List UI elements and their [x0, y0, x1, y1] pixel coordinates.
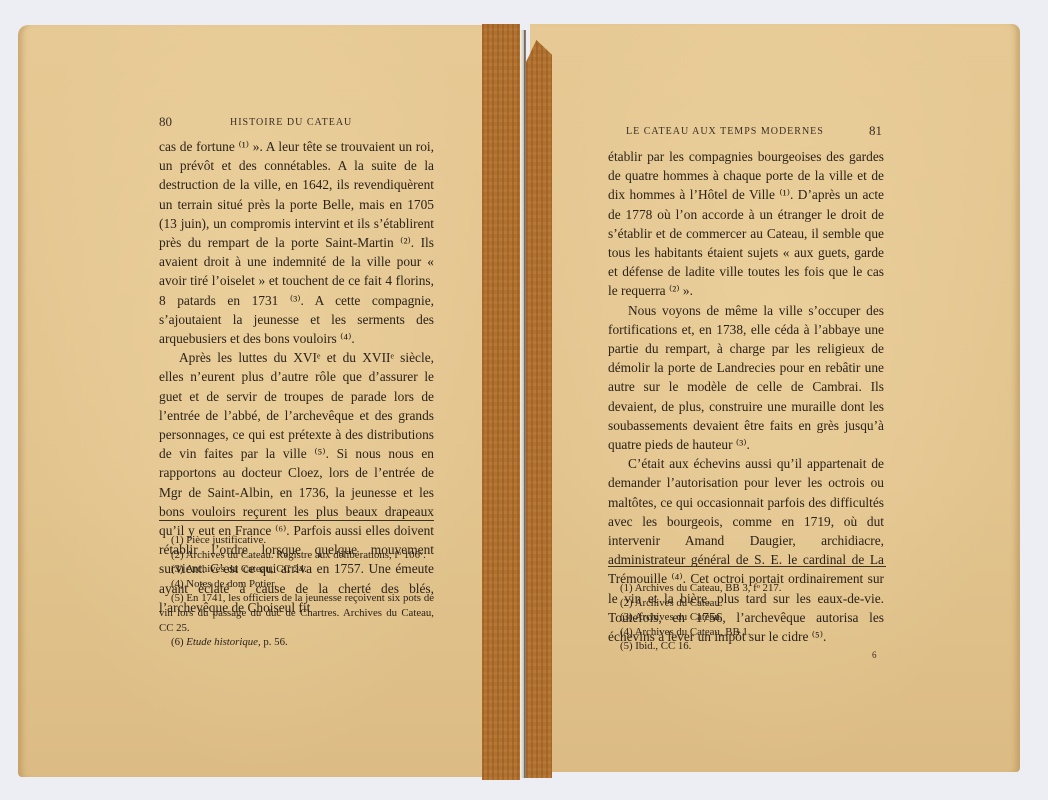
right-paragraph-1: établir par les compagnies bourgeoises d…	[608, 147, 884, 301]
running-head-right: LE CATEAU AUX TEMPS MODERNES	[626, 126, 824, 137]
right-body-text: établir par les compagnies bourgeoises d…	[608, 147, 884, 646]
footnote-item: (1) Archives du Cateau, BB 3, fᵒ 217.	[608, 581, 886, 596]
signature-mark: 6	[872, 650, 877, 660]
right-footnotes: (1) Archives du Cateau, BB 3, fᵒ 217. (2…	[608, 581, 886, 654]
left-footnotes: (1) Pièce justificative. (2) Archives du…	[159, 533, 434, 650]
footnote-item: (3) Archives du Cateau.	[608, 610, 886, 625]
right-paragraph-2: Nous voyons de même la ville s’occuper d…	[608, 301, 884, 455]
footnote-item: (4) Notes de dom Potier.	[159, 577, 434, 592]
left-paragraph-1: cas de fortune ⁽¹⁾ ». A leur tête se tro…	[159, 137, 434, 348]
binding-tape-left	[482, 24, 520, 780]
footnote-item: (3) Archives du Cateau, CC 24.	[159, 562, 434, 577]
footnote-item: (5) Ibid., CC 16.	[608, 639, 886, 654]
page-number-left: 80	[159, 114, 172, 130]
footnote-item: (6) Etude historique, p. 56.	[159, 635, 434, 650]
footnote-separator-left	[159, 520, 434, 521]
footnote-item: (1) Pièce justificative.	[159, 533, 434, 548]
right-page: LE CATEAU AUX TEMPS MODERNES 81 établir …	[530, 24, 1020, 772]
footnote-separator-right	[608, 566, 886, 567]
left-page: 80 HISTOIRE DU CATEAU cas de fortune ⁽¹⁾…	[18, 25, 496, 777]
running-head-left: HISTOIRE DU CATEAU	[230, 117, 352, 128]
book-gutter	[520, 30, 526, 778]
page-number-right: 81	[869, 123, 882, 139]
footnote-item: (4) Archives du Cateau, BB 1.	[608, 625, 886, 640]
binding-tape-right	[526, 40, 552, 778]
footnote-item: (2) Archives du Cateau.	[608, 596, 886, 611]
footnote-item: (2) Archives du Cateau. Registre aux dél…	[159, 548, 434, 563]
footnote-item: (5) En 1741, les officiers de la jeuness…	[159, 591, 434, 635]
